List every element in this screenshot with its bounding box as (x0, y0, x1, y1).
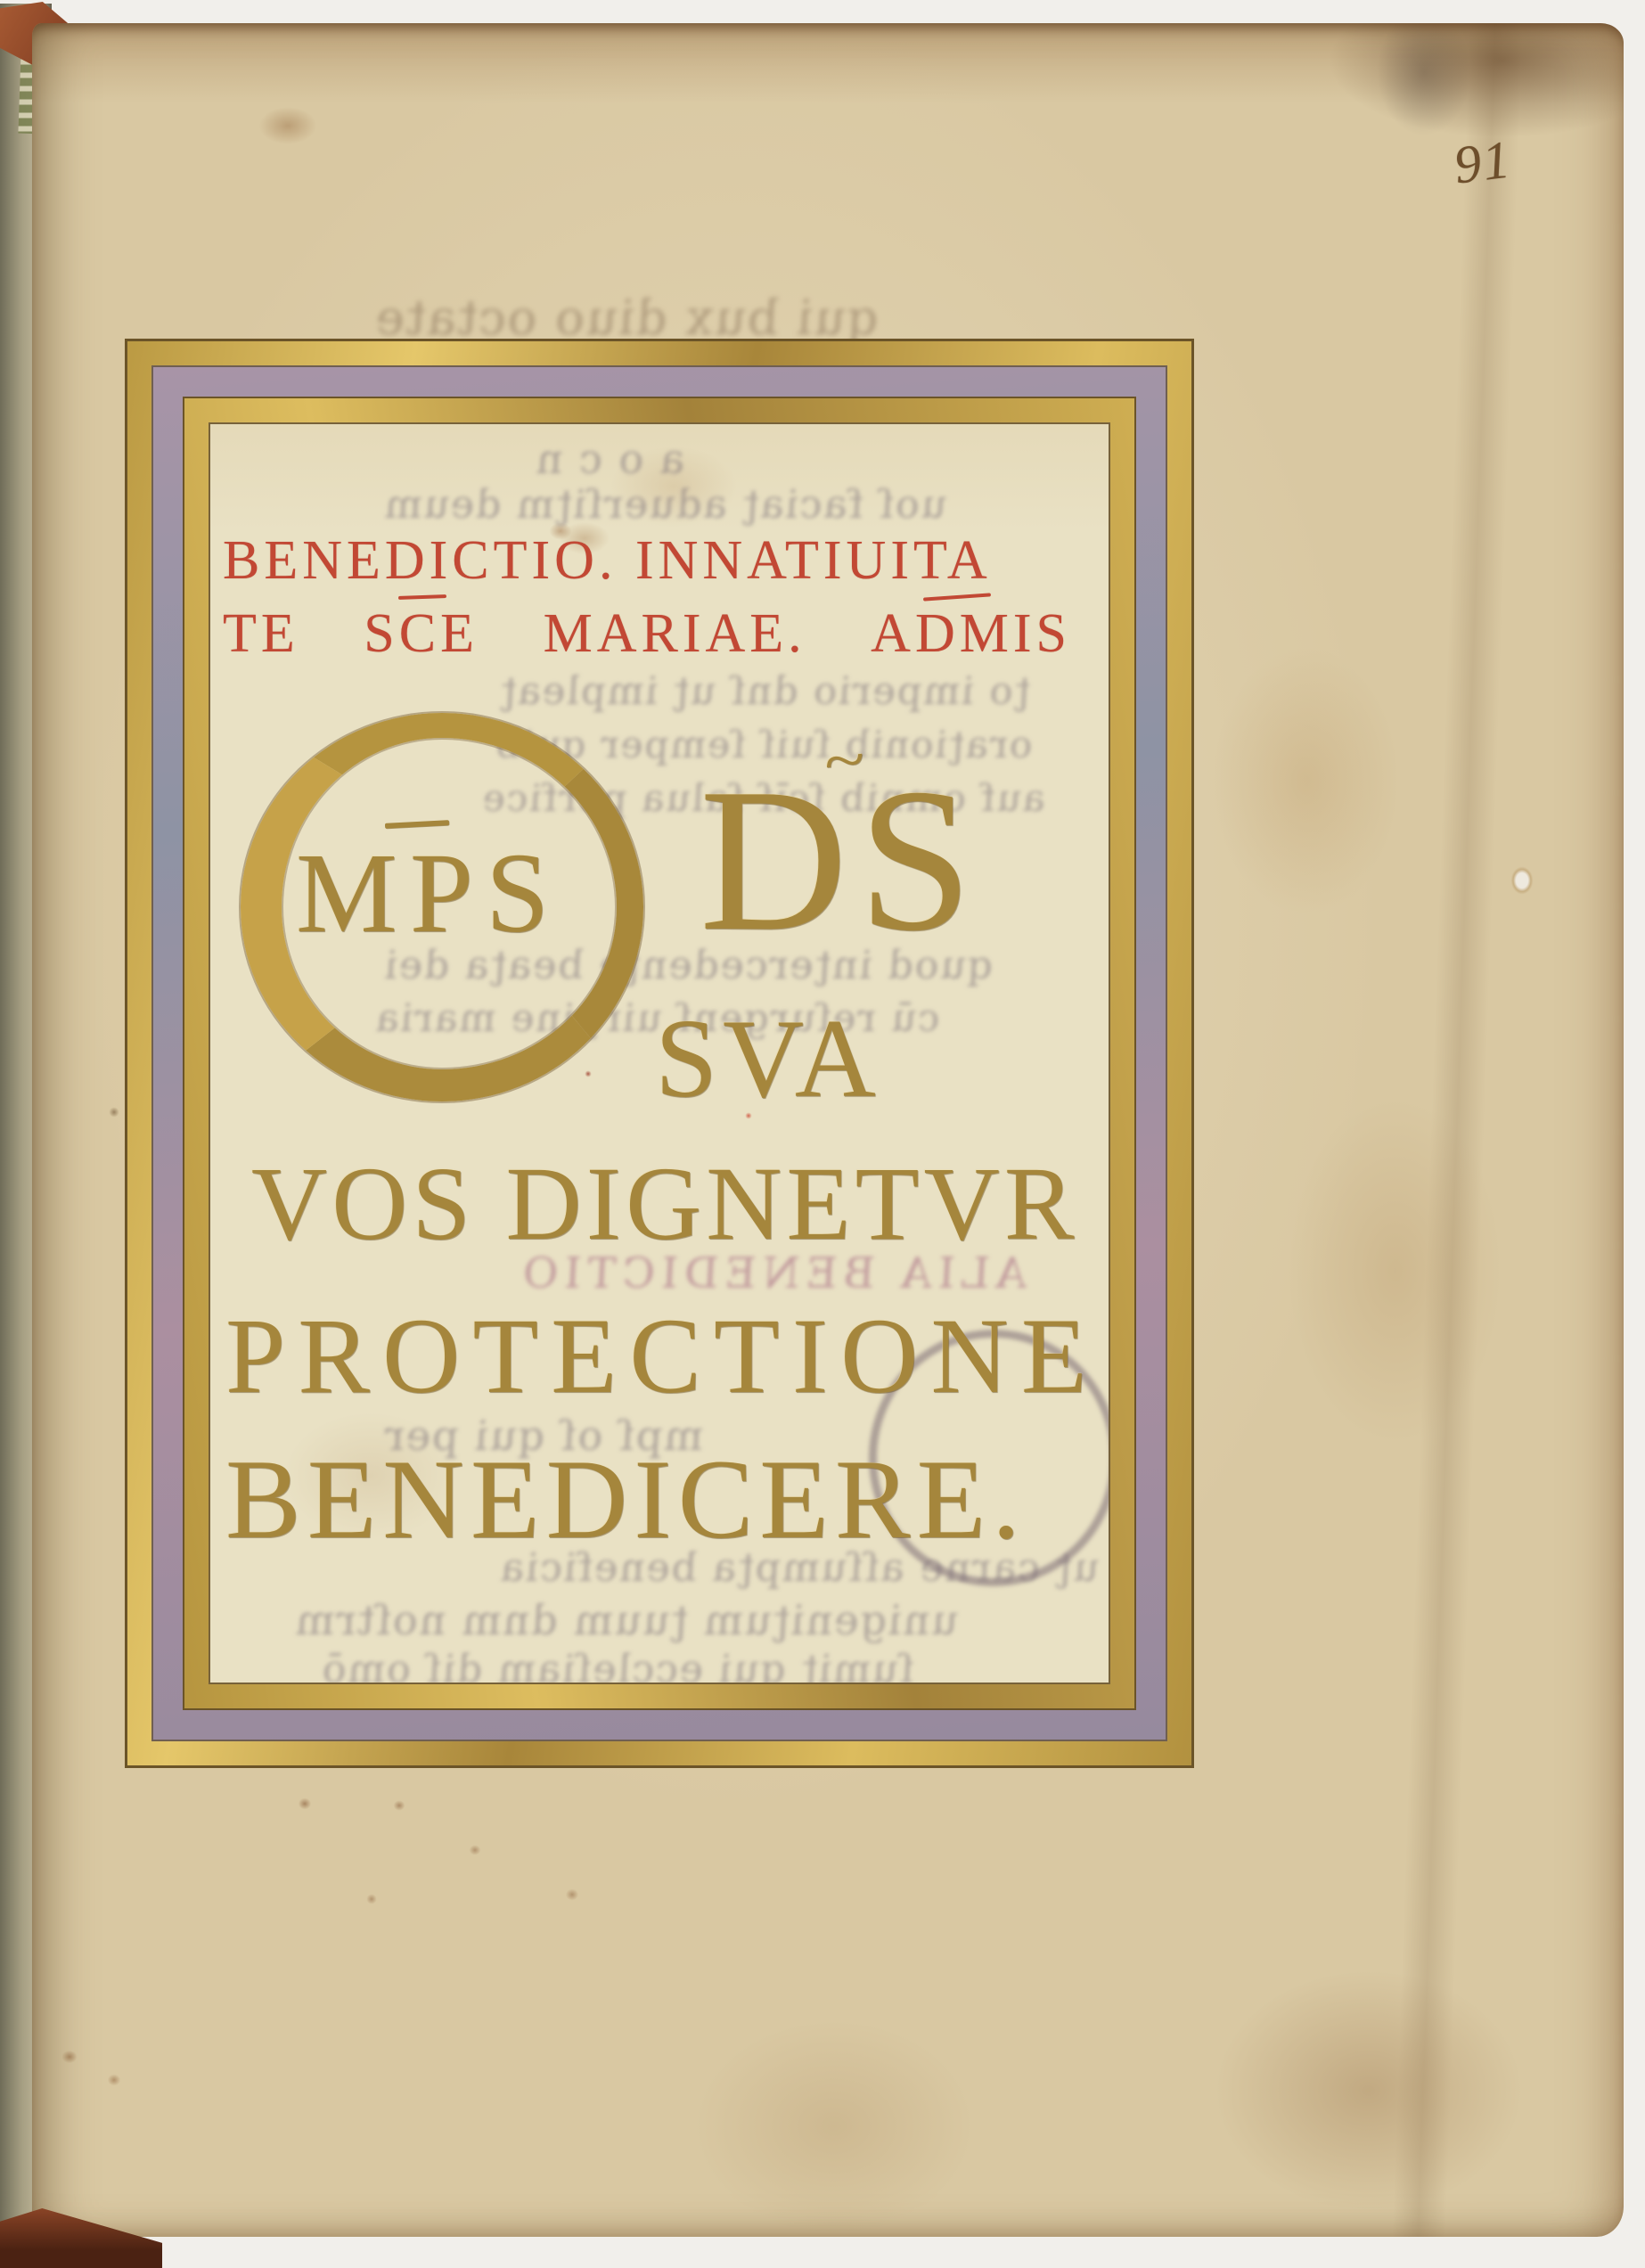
rubric-word-mariae: MARIAE. (544, 606, 806, 661)
illuminated-frame: a o c n uoſ faciaʈ aduerſiʈm deum ʈo imp… (125, 339, 1194, 1768)
text-line-protectione: PROTECTIONE (225, 1303, 1100, 1411)
frame-purple-band: a o c n uoſ faciaʈ aduerſiʈm deum ʈo imp… (151, 365, 1167, 1741)
show-through-text-line: uoſ faciaʈ aduerſiʈm deum (382, 486, 947, 525)
show-through-text-line: unigeniʈum ʈuum dnm noſtrm (293, 1600, 959, 1641)
show-through-text-line: ʈo imperio dnſ uʈ impleaʈ (498, 673, 1031, 711)
folio-number: 91 (1451, 128, 1515, 196)
rubric-word-te: TE (223, 606, 299, 661)
rubric-word-admis: ADMIS (871, 606, 1071, 661)
show-through-text-line: a o c n (534, 438, 686, 479)
rubric-line-1: BENEDICTIO. INNATIUITA (223, 533, 992, 588)
text-line-benedicere: BENEDICERE. (225, 1444, 1027, 1557)
text-line-vos-dignetur: VOS DIGNETVR (251, 1151, 1079, 1257)
show-through-text-line: ſumiʈ qui eccleſiam diſ omō (320, 1650, 915, 1684)
rubric-word-sce: SCE (364, 606, 479, 661)
show-through-text-line: qui bux diuo octate (373, 294, 880, 342)
rubric-line-2: TE SCE MARIAE. ADMIS (223, 606, 1071, 661)
text-panel: a o c n uoſ faciaʈ aduerſiʈm deum ʈo imp… (209, 422, 1110, 1684)
text-line-sva: SVA (655, 1003, 881, 1116)
initial-inscription-mps: MPS (296, 836, 561, 950)
frame-inner-gold-band: a o c n uoſ faciaʈ aduerſiʈm deum ʈo imp… (183, 397, 1136, 1710)
manuscript-photo: qui bux diuo octate a o c n uoſ faciaʈ a… (0, 0, 1645, 2268)
text-line-ds: DS (700, 757, 983, 962)
